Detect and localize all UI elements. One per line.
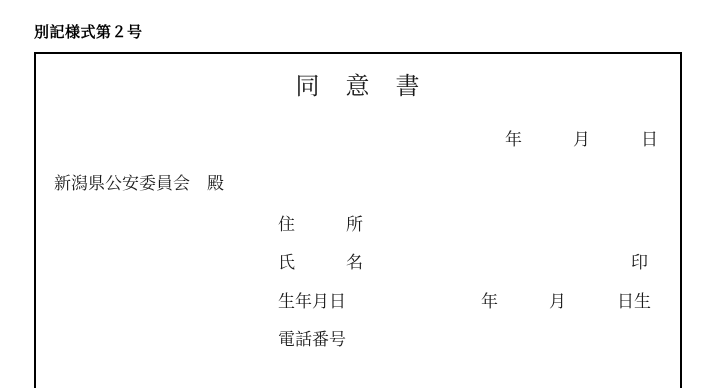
address-field-label: 住 所 <box>278 216 363 234</box>
document-title: 同 意 書 <box>36 74 680 100</box>
phone-field-label: 電話番号 <box>278 331 346 349</box>
birthdate-units-line: 年 月 日生 <box>481 293 651 311</box>
consent-form-box: 同 意 書 年 月 日 新潟県公安委員会 殿 住 所 氏 名 印 生年月日 年 … <box>34 52 682 388</box>
date-line: 年 月 日 <box>505 131 658 149</box>
name-field-label: 氏 名 <box>278 254 363 272</box>
form-number-label: 別記様式第２号 <box>34 24 143 42</box>
birthdate-field-label: 生年月日 <box>278 293 346 311</box>
seal-mark-label: 印 <box>631 254 648 272</box>
addressee-label: 新潟県公安委員会 殿 <box>54 175 224 193</box>
